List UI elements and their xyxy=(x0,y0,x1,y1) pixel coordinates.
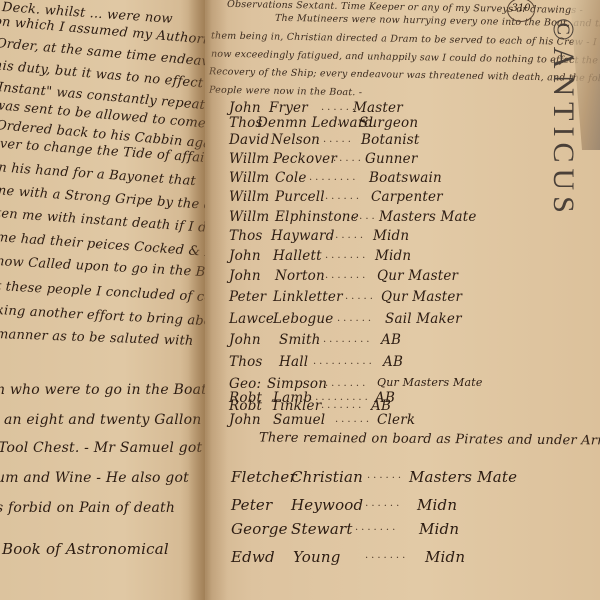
crew-rank: AB xyxy=(375,390,395,406)
leader-dots: ...... xyxy=(329,230,366,241)
book-gutter xyxy=(188,0,228,600)
crew-last-name: Purcell xyxy=(275,189,325,205)
crew-in-boat-list: JohnFryer......Master ThosDenmn Ledward.… xyxy=(229,100,600,430)
leader-dots: ....... xyxy=(325,270,368,281)
leader-dots: ...... xyxy=(367,470,404,481)
manuscript-photo: Deck. whilst ... were now on which I ass… xyxy=(0,0,600,600)
leader-dots: .......... xyxy=(309,392,371,403)
crew-rank: AB xyxy=(383,354,403,370)
left-line: s forbid on Pain of death xyxy=(0,500,175,516)
crew-row: JohnHallett.......Midn xyxy=(229,248,600,270)
header-line: now exceedingly fatigued, and unhappily … xyxy=(211,49,598,67)
crew-first-name: Thos xyxy=(229,228,263,244)
left-line: manner as to be saluted with xyxy=(0,327,194,349)
crew-rank: Master xyxy=(353,100,403,116)
crew-rank: Midn xyxy=(425,548,465,566)
crew-last-name: Norton xyxy=(275,268,325,284)
crew-row: GeorgeStewart.......Midn xyxy=(231,520,600,542)
leader-dots: ..... xyxy=(345,291,376,302)
crew-row: PeterHeywood.......Midn xyxy=(231,496,600,518)
crew-rank: Surgeon xyxy=(359,115,418,131)
crew-first-name: Willm xyxy=(229,189,269,205)
crew-rank: Midn xyxy=(419,520,459,538)
crew-row: JohnSmith........AB xyxy=(229,332,600,354)
crew-rank: Sail Maker xyxy=(385,311,462,327)
leader-dots: ........ xyxy=(323,334,372,345)
crew-last-name: Nelson xyxy=(271,132,320,148)
crew-last-name: Cole xyxy=(275,170,307,186)
crew-last-name: Elphinstone xyxy=(275,209,359,225)
crew-row: FletcherChristian......Masters Mate xyxy=(231,468,600,490)
crew-last-name: Lebogue xyxy=(273,311,333,327)
crew-row: ThosHayward......Midn xyxy=(229,228,600,250)
crew-first-name: Lawce xyxy=(229,311,274,327)
leader-dots: ..... xyxy=(333,153,364,164)
crew-row: ThosHall..........AB xyxy=(229,354,600,376)
crew-row: EdwdYoung.......Midn xyxy=(231,548,600,570)
leader-dots: ..... xyxy=(323,134,354,145)
crew-first-name: George xyxy=(231,520,288,538)
crew-rank: Boatswain xyxy=(369,170,442,186)
crew-first-name: Robt xyxy=(229,390,262,406)
leader-dots: ....... xyxy=(365,550,408,561)
leader-dots: .... xyxy=(353,211,378,222)
watermark: ©ANTICUS xyxy=(546,18,580,219)
header-line: them being in, Christian directed a Dram… xyxy=(211,30,600,48)
crew-last-name: Stewart xyxy=(291,520,353,538)
crew-last-name: Fryer xyxy=(269,100,308,116)
left-line: um and Wine - He also got xyxy=(0,470,189,486)
leader-dots: .......... xyxy=(313,356,375,367)
crew-first-name: Willm xyxy=(229,151,269,167)
crew-first-name: Fletcher xyxy=(231,468,297,486)
crew-rank: Gunner xyxy=(365,151,418,167)
crew-last-name: Lamb xyxy=(273,390,312,406)
crew-last-name: Christian xyxy=(291,468,363,486)
crew-last-name: Young xyxy=(293,548,341,566)
crew-rank: Masters Mate xyxy=(379,209,477,225)
crew-last-name: Hayward xyxy=(271,228,335,244)
leader-dots: ... xyxy=(337,117,356,128)
crew-first-name: Willm xyxy=(229,170,269,186)
crew-rank: Carpenter xyxy=(371,189,443,205)
crew-rank: Qur Masters Mate xyxy=(377,376,483,389)
crew-first-name: Peter xyxy=(229,289,266,305)
left-line: n who were to go in the Boat, xyxy=(0,382,212,398)
crew-rank: Midn xyxy=(417,496,457,514)
crew-row: JohnNorton.......Qur Master xyxy=(229,268,600,290)
crew-first-name: Peter xyxy=(231,496,272,514)
left-line: Tool Chest. - Mr Samuel got xyxy=(0,440,202,456)
crew-last-name: Peckover xyxy=(273,151,337,167)
leader-dots: ....... xyxy=(325,378,368,389)
crew-last-name: Heywood xyxy=(291,496,363,514)
left-line: an eight and twenty Gallon xyxy=(4,412,201,428)
crew-rank: AB xyxy=(381,332,401,348)
leader-dots: ...... xyxy=(325,191,362,202)
left-page: Deck. whilst ... were now on which I ass… xyxy=(0,0,205,600)
crew-rank: Botanist xyxy=(361,132,420,148)
leader-dots: ....... xyxy=(359,498,402,509)
crew-first-name: Willm xyxy=(229,209,269,225)
crew-first-name: Thos xyxy=(229,354,263,370)
leader-dots: ....... xyxy=(355,522,398,533)
crew-first-name: John xyxy=(229,332,261,348)
crew-last-name: Denmn Ledward xyxy=(257,115,373,131)
header-line: Recovery of the Ship; every endeavour wa… xyxy=(209,66,600,84)
left-line: Book of Astronomical xyxy=(2,540,169,558)
crew-last-name: Linkletter xyxy=(273,289,343,305)
crew-row: LawceLebogue......Sail Maker xyxy=(229,311,600,333)
right-page: Observations Sextant. Time Keeper or any… xyxy=(205,0,600,600)
crew-first-name: Edwd xyxy=(231,548,275,566)
crew-row: WillmPurcell......Carpenter xyxy=(229,189,600,211)
leader-dots: ...... xyxy=(335,414,372,425)
crew-first-name: David xyxy=(229,132,269,148)
remained-heading: There remained on board as Pirates and u… xyxy=(259,430,600,448)
crew-first-name: John xyxy=(229,268,261,284)
crew-first-name: John xyxy=(229,412,261,428)
leader-dots: ....... xyxy=(325,250,368,261)
crew-rank: Clerk xyxy=(377,412,415,428)
leader-dots: ...... xyxy=(337,313,374,324)
crew-rank: Masters Mate xyxy=(409,468,517,486)
crew-row: RobtLamb..........AB xyxy=(229,390,600,412)
crew-last-name: Hall xyxy=(279,354,308,370)
crew-rank: Qur Master xyxy=(377,268,458,284)
crew-last-name: Hallett xyxy=(273,248,322,264)
crew-first-name: John xyxy=(229,248,261,264)
crew-rank: Midn xyxy=(373,228,409,244)
crew-first-name: John xyxy=(229,100,261,116)
crew-rank: Midn xyxy=(375,248,411,264)
crew-last-name: Smith xyxy=(279,332,321,348)
leader-dots: ........ xyxy=(309,172,358,183)
crew-rank: Qur Master xyxy=(381,289,462,305)
header-line: People were now in the Boat. - xyxy=(209,85,362,99)
crew-last-name: Samuel xyxy=(273,412,325,428)
crew-row: PeterLinkletter.....Qur Master xyxy=(229,289,600,311)
